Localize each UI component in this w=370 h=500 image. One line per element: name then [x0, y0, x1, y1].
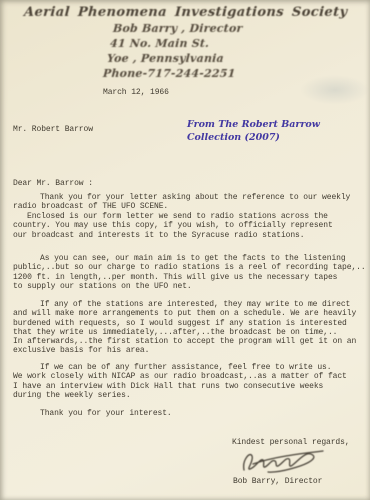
- body-line: that they write us immediately,...after,…: [13, 328, 360, 337]
- date-line: March 12, 1966: [103, 88, 169, 97]
- body-line: and will make more arrangements to put t…: [13, 309, 360, 318]
- letterhead-street-line: 41 No. Main St.: [110, 37, 210, 50]
- paragraph-4: If any of the stations are interested, t…: [13, 300, 360, 356]
- body-line: If any of the stations are interested, t…: [13, 300, 360, 309]
- signed-name-line: Bob Barry, Director: [233, 477, 322, 486]
- body-line: Thank you for your interest.: [13, 409, 360, 418]
- collection-stamp: From The Robert Barrow Collection (2007): [187, 119, 320, 144]
- body-line: to supply our stations on the UFO net.: [13, 282, 360, 291]
- body-line: Enclosed is our form letter we send to r…: [13, 212, 360, 221]
- body-line: public,..but so our charge to radio stat…: [13, 263, 360, 272]
- recipient-line: Mr. Robert Barrow: [13, 125, 93, 134]
- signature-scrawl-icon: [235, 447, 330, 479]
- paragraph-1: Thank you for your letter asking about t…: [13, 193, 360, 212]
- paragraph-2: Enclosed is our form letter we send to r…: [13, 212, 360, 240]
- body-line: I have an interview with Dick Hall that …: [13, 382, 360, 391]
- paragraph-3: As you can see, our main aim is to get t…: [13, 254, 360, 291]
- body-line: country. You may use this copy, if you w…: [13, 221, 360, 230]
- paragraph-6: Thank you for your interest.: [13, 409, 360, 418]
- paragraph-5: If we can be of any further assistance, …: [13, 363, 360, 400]
- body-line: Thank you for your letter asking about t…: [13, 193, 360, 202]
- body-line: We work closely with NICAP as our radio …: [13, 372, 360, 381]
- body-line: our broadcast and interests it to the Sy…: [13, 231, 360, 240]
- body-line: 1200 ft. in length,..per month. This wil…: [13, 273, 360, 282]
- body-line: In afterwards,..the first station to acc…: [13, 337, 360, 346]
- scanned-letter: Aerial Phenomena Investigations Society …: [0, 0, 370, 500]
- stamp-line-2: Collection (2007): [187, 132, 320, 145]
- letterhead-organization: Aerial Phenomena Investigations Society: [23, 5, 348, 20]
- body-line: radio broadcast of THE UFO SCENE.: [13, 202, 360, 211]
- letterhead-phone-line: Phone-717-244-2251: [103, 67, 236, 80]
- scan-smudge: [300, 75, 370, 105]
- body-line: exclusive basis for his area.: [13, 346, 360, 355]
- body-line: As you can see, our main aim is to get t…: [13, 254, 360, 263]
- body-line: burdened with requests, so I would sugge…: [13, 319, 360, 328]
- letterhead-director-line: Bob Barry , Director: [113, 22, 243, 35]
- letterhead-city-line: Yoe , Pennsylvania: [107, 52, 225, 65]
- stamp-line-1: From The Robert Barrow: [187, 119, 320, 132]
- salutation: Dear Mr. Barrow :: [13, 179, 93, 188]
- valediction: Kindest personal regards,: [232, 438, 350, 447]
- signature: [235, 447, 330, 479]
- body-line: during the weekly series.: [13, 391, 360, 400]
- body-line: If we can be of any further assistance, …: [13, 363, 360, 372]
